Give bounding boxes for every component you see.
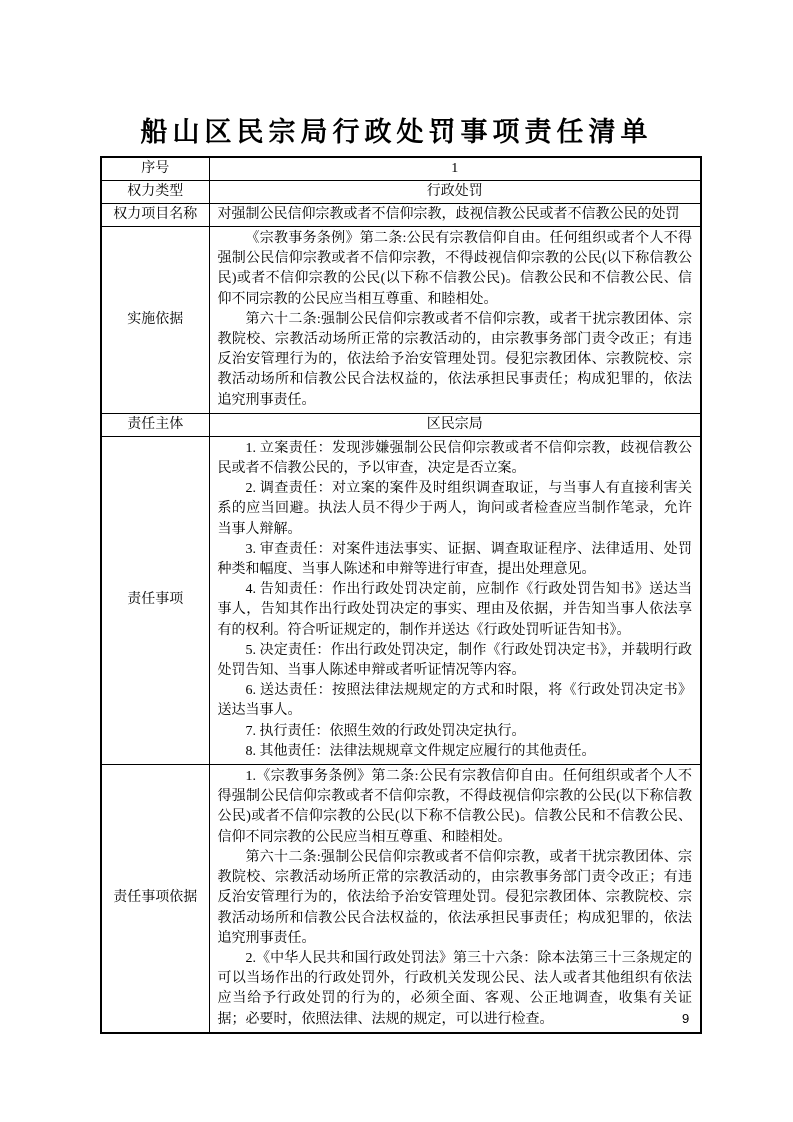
row-value-power-item-name: 对强制公民信仰宗教或者不信仰宗教，歧视信教公民或者不信教公民的处罚 — [209, 204, 701, 227]
legal-paragraph: 第六十二条:强制公民信仰宗教或者不信仰宗教，或者干扰宗教团体、宗教院校、宗教活动… — [218, 310, 693, 411]
row-label-power-type: 权力类型 — [101, 181, 209, 204]
duty-item: 4. 告知责任：作出行政处罚决定前，应制作《行政处罚告知书》送达当事人，告知其作… — [218, 580, 693, 641]
row-value-power-type: 行政处罚 — [209, 181, 701, 204]
table-row: 权力项目名称 对强制公民信仰宗教或者不信仰宗教，歧视信教公民或者不信教公民的处罚 — [101, 204, 701, 227]
row-value-responsibility-items-basis: 1.《宗教事务条例》第二条:公民有宗教信仰自由。任何组织或者个人不得强制公民信仰… — [209, 765, 701, 1033]
row-label-implementation-basis: 实施依据 — [101, 227, 209, 414]
row-label-power-item-name: 权力项目名称 — [101, 204, 209, 227]
row-label-responsibility-items-basis: 责任事项依据 — [101, 765, 209, 1033]
row-value-responsibility-items: 1. 立案责任：发现涉嫌强制公民信仰宗教或者不信仰宗教，歧视信教公民或者不信教公… — [209, 436, 701, 764]
duty-item: 1. 立案责任：发现涉嫌强制公民信仰宗教或者不信仰宗教，歧视信教公民或者不信教公… — [218, 439, 693, 479]
responsibility-table: 序号 1 权力类型 行政处罚 权力项目名称 对强制公民信仰宗教或者不信仰宗教，歧… — [100, 156, 702, 1034]
page-title: 船山区民宗局行政处罚事项责任清单 — [0, 110, 793, 149]
duty-item: 7. 执行责任：依照生效的行政处罚决定执行。 — [218, 722, 693, 742]
legal-paragraph: 《宗教事务条例》第二条:公民有宗教信仰自由。任何组织或者个人不得强制公民信仰宗教… — [218, 229, 693, 310]
duty-item: 2. 调查责任：对立案的案件及时组织调查取证，与当事人有直接利害关系的应当回避。… — [218, 479, 693, 540]
legal-paragraph: 第六十二条:强制公民信仰宗教或者不信仰宗教，或者干扰宗教团体、宗教院校、宗教活动… — [218, 848, 693, 949]
row-value-responsible-entity: 区民宗局 — [209, 413, 701, 436]
row-label-serial-number: 序号 — [101, 157, 209, 181]
table-row: 责任事项 1. 立案责任：发现涉嫌强制公民信仰宗教或者不信仰宗教，歧视信教公民或… — [101, 436, 701, 764]
duty-item: 8. 其他责任：法律法规规章文件规定应履行的其他责任。 — [218, 742, 693, 762]
row-label-responsible-entity: 责任主体 — [101, 413, 209, 436]
row-value-implementation-basis: 《宗教事务条例》第二条:公民有宗教信仰自由。任何组织或者个人不得强制公民信仰宗教… — [209, 227, 701, 414]
table-row: 实施依据 《宗教事务条例》第二条:公民有宗教信仰自由。任何组织或者个人不得强制公… — [101, 227, 701, 414]
duty-item: 5. 决定责任：作出行政处罚决定，制作《行政处罚决定书》，并载明行政处罚告知、当… — [218, 641, 693, 681]
row-label-responsibility-items: 责任事项 — [101, 436, 209, 764]
legal-paragraph: 1.《宗教事务条例》第二条:公民有宗教信仰自由。任何组织或者个人不得强制公民信仰… — [218, 767, 693, 848]
table-row: 责任主体 区民宗局 — [101, 413, 701, 436]
table-row: 责任事项依据 1.《宗教事务条例》第二条:公民有宗教信仰自由。任何组织或者个人不… — [101, 765, 701, 1033]
row-value-serial-number: 1 — [209, 157, 701, 181]
duty-item: 3. 审查责任：对案件违法事实、证据、调查取证程序、法律适用、处罚种类和幅度、当… — [218, 540, 693, 580]
table-row: 权力类型 行政处罚 — [101, 181, 701, 204]
page-number: 9 — [682, 1011, 689, 1026]
document-page: 船山区民宗局行政处罚事项责任清单 序号 1 权力类型 行政处罚 权力项目名称 对… — [0, 0, 793, 1122]
legal-paragraph: 2.《中华人民共和国行政处罚法》第三十六条：除本法第三十三条规定的可以当场作出的… — [218, 949, 693, 1030]
duty-item: 6. 送达责任：按照法律法规规定的方式和时限，将《行政处罚决定书》送达当事人。 — [218, 681, 693, 721]
table-row: 序号 1 — [101, 157, 701, 181]
